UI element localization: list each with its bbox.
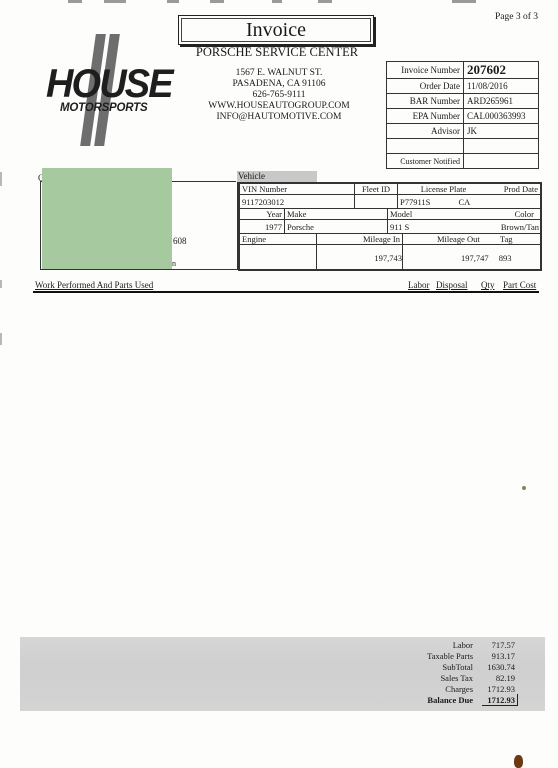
address-street: 1567 E. WALNUT ST. — [198, 68, 360, 79]
scan-artifact — [167, 0, 179, 3]
tag-header: Tag — [500, 234, 513, 244]
address-phone: 626-765-9111 — [198, 90, 360, 101]
address-website: WWW.HOUSEAUTOGROUP.COM — [198, 101, 360, 112]
scan-artifact — [210, 0, 224, 3]
address-city: PASADENA, CA 91106 — [198, 79, 360, 90]
total-row-subtotal: SubTotal1630.74 — [395, 662, 520, 673]
tag-value: 893 — [499, 253, 512, 263]
customer-text-fragment: n — [172, 259, 176, 268]
order-date: 11/08/2016 — [464, 79, 539, 94]
mileage-out-value: 197,747 — [461, 253, 489, 263]
mileage-out-header: Mileage Out — [437, 234, 480, 244]
total-label: Labor — [453, 640, 473, 651]
model-header: Model — [390, 209, 412, 219]
info-value — [464, 139, 539, 154]
total-label: SubTotal — [442, 662, 473, 673]
shop-address: 1567 E. WALNUT ST. PASADENA, CA 91106 62… — [198, 68, 360, 123]
scan-artifact — [318, 0, 332, 3]
scan-artifact — [0, 280, 2, 288]
vehicle-section-label: Vehicle — [237, 171, 317, 182]
invoice-title: Invoice — [178, 15, 374, 45]
logo-house-text: HOUSE — [46, 62, 172, 107]
info-row — [387, 139, 539, 154]
info-label — [387, 139, 464, 154]
plate-value: P77911S — [400, 197, 430, 207]
scan-artifact — [104, 0, 126, 3]
make-value: Porsche — [284, 219, 388, 234]
vin-value: 9117203012 — [239, 194, 355, 209]
total-value: 717.57 — [492, 640, 515, 651]
column-header-qty: Qty — [481, 280, 495, 290]
logo-motorsports-text: MOTORSPORTS — [60, 102, 147, 114]
engine-value — [239, 244, 317, 270]
total-value: 1712.93 — [487, 684, 515, 695]
model-value-cell: 911 S Brown/Tan — [387, 219, 541, 234]
invoice-number: 207602 — [464, 62, 539, 79]
address-email: INFO@HAUTOMOTIVE.COM — [198, 112, 360, 123]
total-value: 82.19 — [496, 673, 515, 684]
year-value: 1977 — [239, 219, 285, 234]
plate-cell: P77911S CA — [397, 194, 541, 209]
bar-number: ARD265961 — [464, 94, 539, 109]
totals-block: Labor717.57 Taxable Parts913.17 SubTotal… — [395, 640, 520, 706]
total-label: Balance Due — [427, 695, 473, 706]
balance-underline — [482, 705, 518, 706]
model-value: 911 S — [390, 222, 409, 232]
info-row: AdvisorJK — [387, 124, 539, 139]
info-row: BAR NumberARD265961 — [387, 94, 539, 109]
plate-state: CA — [459, 197, 471, 207]
mileage-in-value: 197,743 — [316, 244, 403, 270]
info-label: Invoice Number — [387, 62, 464, 79]
balance-tick — [517, 694, 518, 705]
company-logo: HOUSE MOTORSPORTS — [44, 34, 156, 146]
page-indicator: Page 3 of 3 — [495, 12, 538, 22]
shop-name: PORSCHE SERVICE CENTER — [178, 45, 376, 60]
total-value: 913.17 — [492, 651, 515, 662]
info-row: Order Date11/08/2016 — [387, 79, 539, 94]
column-header-labor: Labor — [408, 280, 430, 290]
total-label: Sales Tax — [440, 673, 473, 684]
epa-number: CAL000363993 — [464, 109, 539, 124]
total-row-charges: Charges1712.93 — [395, 684, 520, 695]
total-label: Taxable Parts — [427, 651, 473, 662]
info-label: Customer Notified — [387, 154, 464, 169]
scan-artifact — [68, 0, 82, 3]
column-header-disposal: Disposal — [436, 280, 468, 290]
total-row-sales-tax: Sales Tax82.19 — [395, 673, 520, 684]
customer-notified — [464, 154, 539, 169]
info-row: Customer Notified — [387, 154, 539, 169]
fleet-value — [354, 194, 398, 209]
info-label: Advisor — [387, 124, 464, 139]
scan-speck — [522, 486, 526, 490]
customer-text-fragment: 608 — [173, 236, 187, 246]
scan-artifact — [0, 333, 2, 345]
paper-stain — [514, 755, 523, 768]
scan-artifact — [0, 172, 2, 186]
total-row-taxable-parts: Taxable Parts913.17 — [395, 651, 520, 662]
info-label: EPA Number — [387, 109, 464, 124]
column-header-part-cost: Part Cost — [503, 280, 536, 290]
info-label: BAR Number — [387, 94, 464, 109]
mileage-out-cell: 197,747 893 — [402, 244, 541, 270]
section-rule — [33, 291, 539, 293]
vehicle-table: VIN Number Fleet ID License Plate Prod D… — [238, 182, 542, 271]
advisor: JK — [464, 124, 539, 139]
scan-artifact — [272, 0, 282, 3]
work-section-title: Work Performed And Parts Used — [35, 280, 153, 290]
scan-artifact — [452, 0, 476, 3]
total-label: Charges — [445, 684, 473, 695]
redaction-block — [42, 168, 172, 269]
info-row: Invoice Number207602 — [387, 62, 539, 79]
invoice-info-table: Invoice Number207602 Order Date11/08/201… — [386, 61, 539, 169]
total-row-labor: Labor717.57 — [395, 640, 520, 651]
info-label: Order Date — [387, 79, 464, 94]
total-value: 1630.74 — [487, 662, 515, 673]
info-row: EPA NumberCAL000363993 — [387, 109, 539, 124]
